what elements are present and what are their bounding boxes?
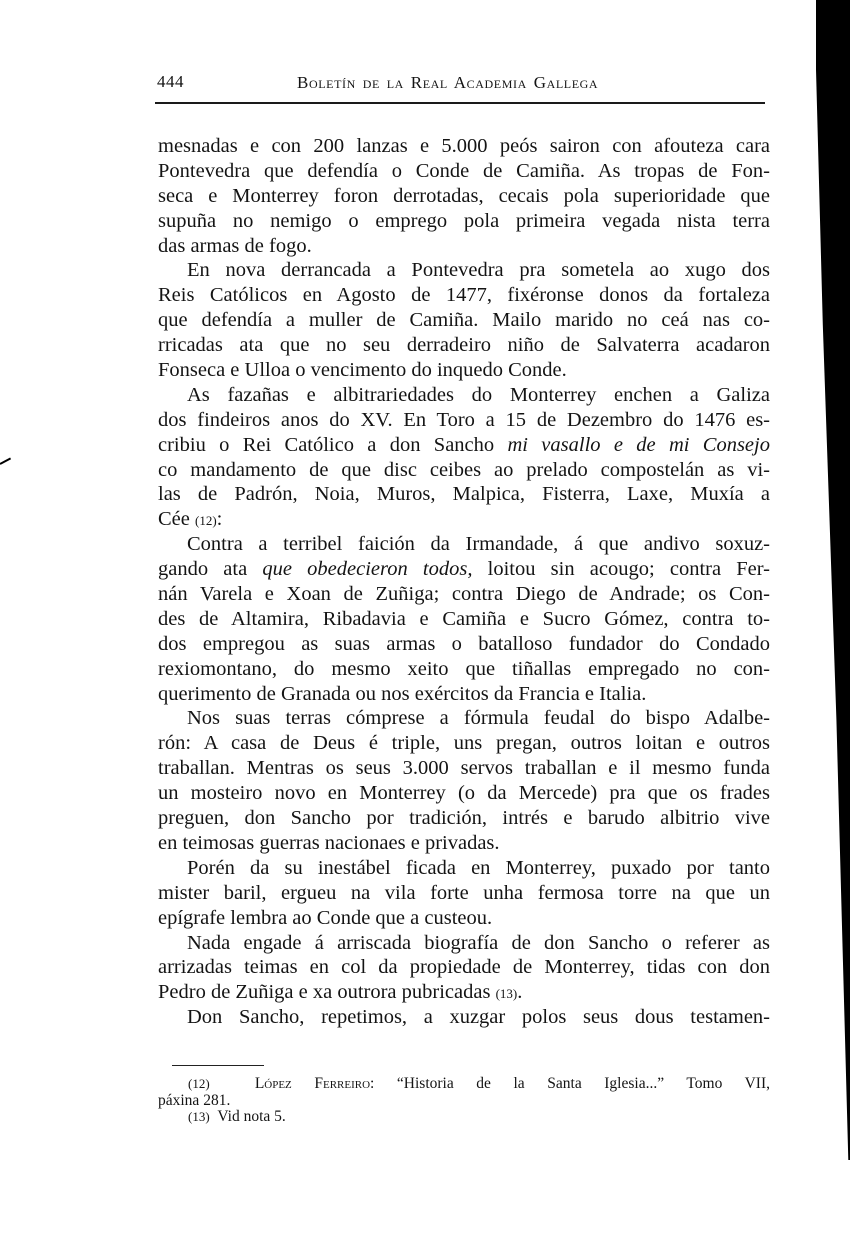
text-line: Nada engade á arriscada biografía de don… (158, 931, 770, 956)
page-number: 444 (157, 72, 184, 92)
text-line: das armas de fogo. (158, 234, 770, 259)
footnote-13: (13) Vid nota 5. (158, 1109, 770, 1126)
italic-quote: mi vasallo e de mi Consejo (507, 434, 770, 456)
text-line: preguen, don Sancho por tradición, intré… (158, 806, 770, 831)
text-line: As fazañas e albitrariedades do Monterre… (158, 383, 770, 408)
text-line: traballan. Mentras os seus 3.000 servos … (158, 756, 770, 781)
footnote-ref-13[interactable]: (13) (496, 986, 518, 1001)
text-line: co mandamento de que disc ceibes ao prel… (158, 458, 770, 483)
text-line: rexiomontano, do mesmo xeito que tiñalla… (158, 657, 770, 682)
footnote-ref-12[interactable]: (12) (195, 513, 217, 528)
italic-quote: que obedecieron todos, (262, 558, 472, 580)
text-line: dos empregou as suas armas o batalloso f… (158, 632, 770, 657)
text-line: que defendía a muller de Camiña. Mailo m… (158, 308, 770, 333)
document-page: 444 Boletín de la Real Academia Gallega … (0, 0, 850, 1259)
text-line: rricadas ata que no seu derradeiro niño … (158, 333, 770, 358)
text-line: gando ata que obedecieron todos, loitou … (158, 557, 770, 582)
text-line: querimento de Granada ou nos exércitos d… (158, 682, 770, 707)
text-line: Don Sancho, repetimos, a xuzgar polos se… (158, 1005, 770, 1030)
text-line: dos findeiros anos do XV. En Toro a 15 d… (158, 408, 770, 433)
text-line: Pedro de Zuñiga e xa outrora pubricadas … (158, 980, 770, 1005)
text-line: nán Varela e Xoan de Zuñiga; contra Dieg… (158, 582, 770, 607)
text-line: Porén da su inestábel ficada en Monterre… (158, 856, 770, 881)
scan-edge-artifact (816, 0, 850, 1160)
text-line: supuña no nemigo o emprego pola primeira… (158, 209, 770, 234)
text-line: mister baril, ergueu na vila forte unha … (158, 881, 770, 906)
footnote-12: (12) López Ferreiro: “Historia de la San… (158, 1076, 770, 1093)
header-rule (155, 102, 765, 104)
text-line: epígrafe lembra ao Conde que a custeou. (158, 906, 770, 931)
text-line: Nos suas terras cómprese a fórmula feuda… (158, 706, 770, 731)
text-line: arrizadas teimas en col da propiedade de… (158, 955, 770, 980)
text-line: des de Altamira, Ribadavia e Camiña e Su… (158, 607, 770, 632)
body-text: mesnadas e con 200 lanzas e 5.000 peós s… (158, 134, 770, 1030)
text-line: Fonseca e Ulloa o vencimento do inquedo … (158, 358, 770, 383)
footnote-rule (172, 1065, 264, 1066)
journal-title: Boletín de la Real Academia Gallega (297, 73, 598, 93)
text-line: en teimosas guerras nacionaes e privadas… (158, 831, 770, 856)
footnote-number: (12) (188, 1076, 210, 1091)
text-line: un mosteiro novo en Monterrey (o da Merc… (158, 781, 770, 806)
text-line: rón: A casa de Deus é triple, uns pregan… (158, 731, 770, 756)
scan-speck (0, 457, 11, 464)
text-line: Cée (12): (158, 507, 770, 532)
text-line: cribiu o Rei Católico a don Sancho mi va… (158, 433, 770, 458)
text-line: Pontevedra que defendía o Conde de Camiñ… (158, 159, 770, 184)
footnote-12-continuation: páxina 281. (158, 1093, 770, 1110)
footnote-number: (13) (188, 1109, 210, 1124)
text-line: seca e Monterrey foron derrotadas, cecai… (158, 184, 770, 209)
footnotes: (12) López Ferreiro: “Historia de la San… (158, 1076, 770, 1126)
footnote-author: López Ferreiro: (255, 1075, 375, 1092)
text-line: las de Padrón, Noia, Muros, Malpica, Fis… (158, 482, 770, 507)
text-line: Contra a terribel faición da Irmandade, … (158, 532, 770, 557)
text-line: En nova derrancada a Pontevedra pra some… (158, 258, 770, 283)
text-line: Reis Católicos en Agosto de 1477, fixéro… (158, 283, 770, 308)
text-line: mesnadas e con 200 lanzas e 5.000 peós s… (158, 134, 770, 159)
running-head: 444 Boletín de la Real Academia Gallega (157, 72, 767, 94)
